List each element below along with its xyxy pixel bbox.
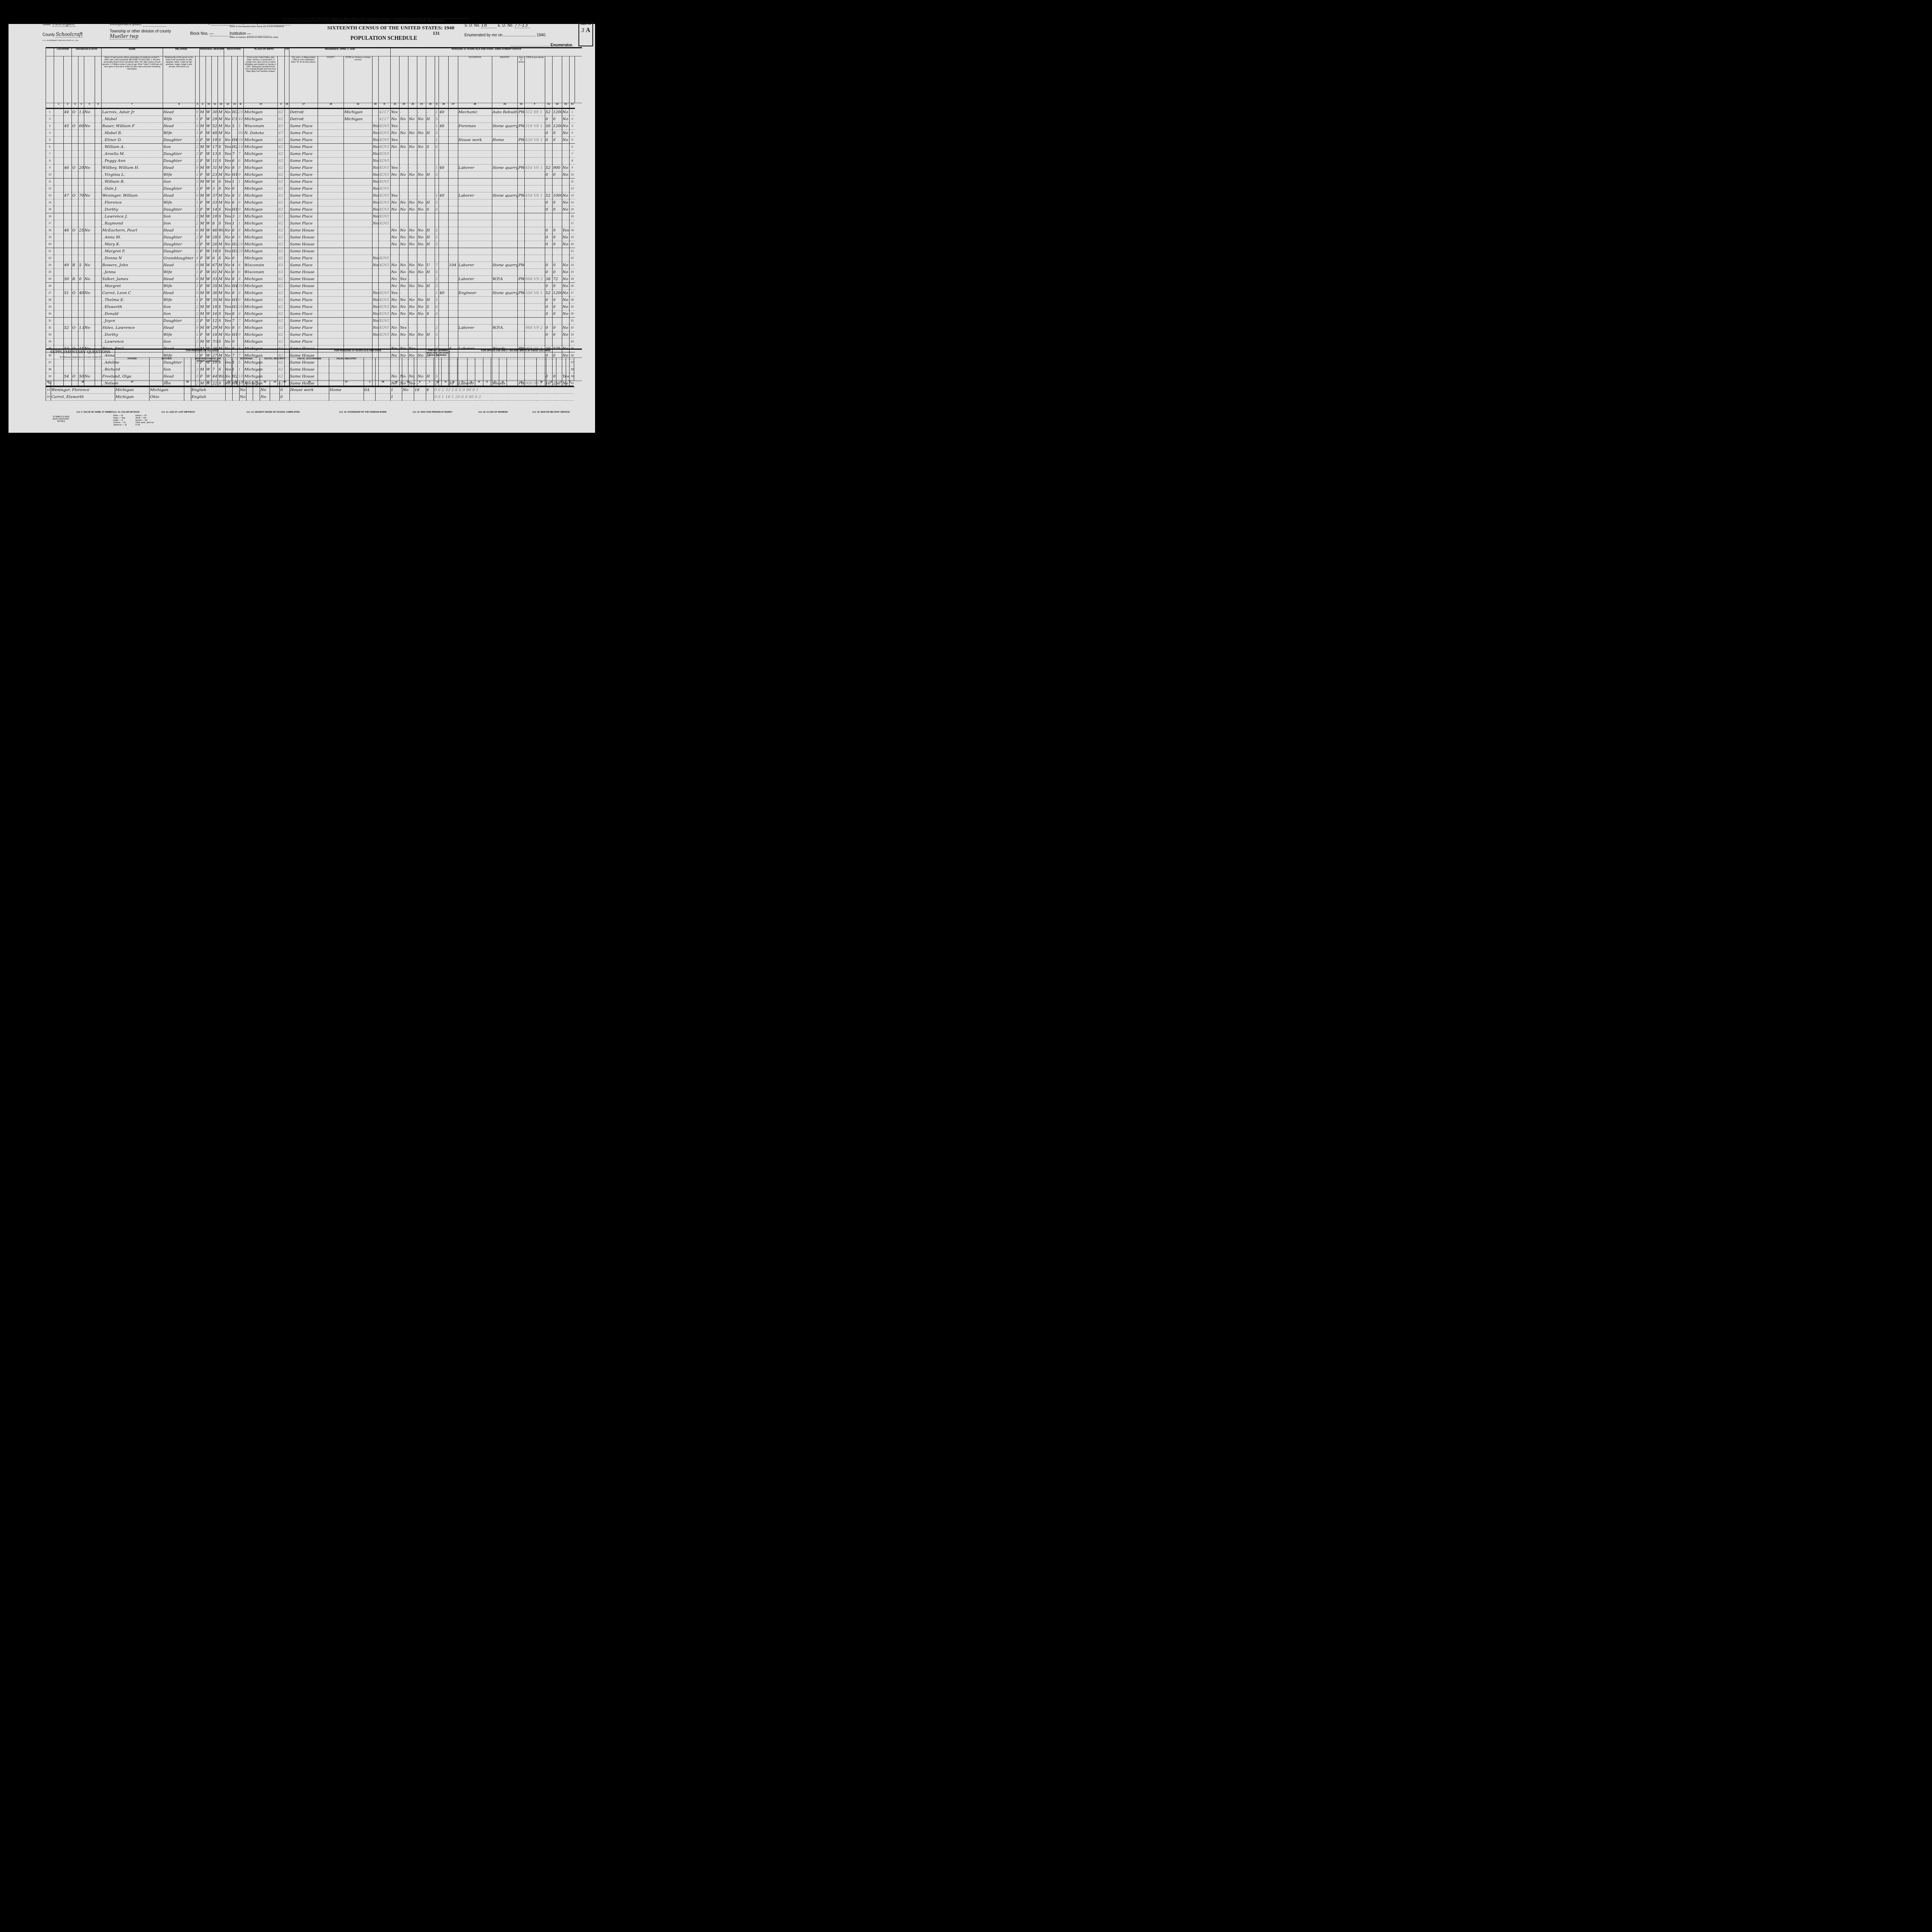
cell-grade: H3 [231,304,238,311]
cell-dwelling [63,213,71,220]
cell-value [78,338,84,345]
cell-res-city: Same House [289,269,318,276]
line-number: 21 [46,248,54,255]
cell-duration [448,116,458,123]
cell-value [78,137,84,144]
line-number: 27 [570,290,575,297]
stamp-number: 131 [433,31,440,36]
cell-school: No [224,172,231,179]
cell-duration [448,304,458,311]
cell-sex: F [199,151,206,158]
cell-value [78,144,84,151]
cell-industry [492,172,518,179]
cell-c25 [426,151,435,158]
cell-res-state [344,158,372,165]
cell-code-a: 2 [196,206,200,213]
cell-sex: M [199,276,206,283]
cell-code-d [378,269,391,276]
line-number: 3 [570,123,575,130]
cell-wages [553,151,562,158]
cell-res-city: Same Place [289,206,318,213]
cell-code-c: 62 [278,325,285,332]
group-education: EDUCATION [224,48,244,56]
cell-class: PW [518,262,525,269]
column-number: D [378,103,391,109]
cell-code-a: 2 [196,144,200,151]
cell-code-e: 1 [435,123,439,130]
cell-res-state [344,165,372,172]
cell-weeks: 0 [545,283,552,290]
cell-value: 400 [78,290,84,297]
state-value: Michigan [53,21,76,27]
cell-farm [84,255,95,262]
column-number: 16 [284,103,289,109]
cell-other: No [562,297,569,304]
cell-class [518,338,525,345]
cell-birthplace: Michigan [244,158,278,165]
cell-class [518,227,525,234]
table-row: 6, William A.Son2MW17SYesH210Michigan62S… [46,144,582,151]
cell-wages: 72 [553,276,562,283]
table-row: 28, Thelma E.Wife1FW35MNoH19Michigan62Sa… [46,297,582,304]
cell-sex: M [199,179,206,185]
cell-other: No [562,123,569,130]
supplementary-row: 14Weninger, FlorenceMichiganMichiganEngl… [46,386,582,394]
line-number: 14 [46,199,54,206]
cell-birthplace: N. Dakota [244,130,278,137]
cell-occupation: Foreman [458,123,492,130]
cell-relation: Wife [163,297,195,304]
cell-occupation [458,179,492,185]
cell-code-b: 8 [238,192,244,199]
cell-relation: Son [163,304,195,311]
cell-code-c: 62 [278,109,285,116]
cell-code-c: 62 [278,220,285,227]
cell-occupation [458,297,492,304]
cell-hours [439,269,449,276]
line-number: 32 [570,325,575,332]
cell-value: 700 [78,192,84,199]
explanatory-notes: SYMBOLS AND EXPLANATORY NOTES Col. 5. VA… [46,410,582,432]
cell-wages: 0 [553,304,562,311]
column-number: E [435,103,439,109]
supp-column-number: 36 [51,381,115,386]
cell-hours [439,234,449,241]
cell-name: , William R. [102,179,163,185]
cell-dwelling: 52 [63,325,71,332]
cell-code-b: 8 [238,276,244,283]
cell-res-state [344,185,372,192]
cell-farm35 [372,234,378,241]
cell-sex: M [199,311,206,318]
cell-c23: No [408,130,417,137]
cell-farm [84,116,95,123]
cell-age: 13 [212,151,218,158]
cell-other [562,318,569,325]
cell-race: W [206,123,212,130]
cell-duration [448,276,458,283]
cell-duration [448,151,458,158]
cell-dwelling: 51 [63,290,71,297]
cell-age: 46 [212,227,218,234]
cell-class [518,304,525,311]
cell-c23: No [408,199,417,206]
cell-res-state [344,332,372,338]
table-row: 11, William R.Son2MW6SYes11Michigan62Sam… [46,179,582,185]
cell-tenure [71,311,78,318]
line-number: 26 [570,283,575,290]
supp-usual-occ-header: USUAL OCCUPATION [289,358,329,381]
cell-school: No [224,185,231,192]
cell-birthplace: Michigan [244,332,278,338]
cell-sex: F [199,332,206,338]
cell-hours: 48 [439,123,449,130]
cell-c25: S [426,311,435,318]
line-number: 6 [570,144,575,151]
cell-code-b: 9 [238,206,244,213]
supplementary-title: SUPPLEMENTARY QUESTIONS [50,350,111,354]
cell-code-b: 4 [238,262,244,269]
cell-value [78,151,84,158]
cell-wages [553,338,562,345]
cell-sex: M [199,165,206,172]
cell-code-f: 988 V9 2 [524,276,545,283]
cell-grade: 8 [231,276,238,283]
table-row: 946O200NoWillbey, William H.Head0MW31MNo… [46,165,582,172]
line-number: 1 [570,109,575,116]
cell-school: Yes [224,144,231,151]
cell-code-e: 6 [435,206,439,213]
cell-res-city: Same Place [289,318,318,325]
cell-code-e [435,248,439,255]
cell-race: W [206,144,212,151]
cell-marital: M [218,109,224,116]
cell-hours [439,283,449,290]
cell-marital: M [218,290,224,297]
cell-tenure: O [71,290,78,297]
line-number: 34 [570,338,575,345]
cell-weeks: 0 [545,199,552,206]
cell-relation: Daughter [163,151,195,158]
column-number: 25 [426,103,435,109]
cell-code-b: 20 [238,304,244,311]
cell-res-county [318,255,344,262]
cell-weeks: 52 [545,109,552,116]
cell-code-b: 30 [238,137,244,144]
cell-class [518,297,525,304]
cell-marital: M [218,130,224,137]
supp-cell-office: 0 0 1 18 1 20 6 0 00 0 2 [434,394,574,401]
cell-code-a: 2 [196,179,200,185]
cell-other [562,151,569,158]
cell-farm [84,332,95,338]
cell-c25: S [426,304,435,311]
cell-farm [84,338,95,345]
cell-code-d: XOVI [378,179,391,185]
cell-c25: H [426,269,435,276]
cell-tenure [71,248,78,255]
cell-c21: No [391,311,400,318]
cell-res-city: Same Place [289,123,318,130]
cell-res-state [344,269,372,276]
supp-cell-line: 29 [46,394,51,401]
cell-farm35: No [372,144,378,151]
cell-code-e: 5 [435,130,439,137]
cell-occupation: Laborer [458,165,492,172]
cell-dwelling [63,283,71,290]
cell-birthplace: Michigan [244,227,278,234]
cell-name: Bauer, William F [102,123,163,130]
column-number: 24 [417,103,426,109]
cell-tenure: O [71,227,78,234]
cell-code-d: XOVI [378,297,391,304]
line-number: 29 [570,304,575,311]
cell-school: Yes [224,318,231,325]
cell-c21: No [391,130,400,137]
cell-c24 [417,213,426,220]
cell-c21: Yes [391,137,400,144]
cell-name: , Elsworth [102,304,163,311]
cell-res-state [344,220,372,227]
ed-value: 77-13 [515,22,530,28]
cell-hours: 40 [439,109,449,116]
cell-duration [448,283,458,290]
cell-dwelling [63,304,71,311]
cell-race: W [206,109,212,116]
cell-weeks: 0 [545,137,552,144]
cell-c21: Yes [391,165,400,172]
column-number: C [278,103,285,109]
cell-occupation: Laborer [458,192,492,199]
cell-c22: No [400,297,408,304]
cell-farm [84,248,95,255]
cell-c21: No [391,269,400,276]
cell-class [518,248,525,255]
cell-code-c: 62 [278,304,285,311]
cell-res-county [318,144,344,151]
supp-column-number: K [414,381,426,386]
cell-school: Yes [224,179,231,185]
cell-res-city: Detroit [289,116,318,123]
cell-c25 [426,248,435,255]
cell-weeks: 0 [545,234,552,241]
cell-c25: - [426,276,435,283]
cell-code-d: XOVI [378,290,391,297]
cell-res-state [344,206,372,213]
cell-tenure [71,304,78,311]
cell-occupation: Mechanic [458,109,492,116]
cell-c22 [400,185,408,192]
cell-farm35: No [372,165,378,172]
supp-column-number: Y [556,381,566,386]
cell-birthplace: Wisconsin [244,123,278,130]
cell-hours: 40 [439,192,449,199]
line-number: 31 [570,318,575,325]
cell-age: 19 [212,137,218,144]
line-number: 7 [570,151,575,158]
cell-class [518,325,525,332]
cell-dwelling [63,338,71,345]
cell-other: No [562,172,569,179]
cell-farm35: No [372,137,378,144]
cell-sex: M [199,144,206,151]
cell-c21 [391,318,400,325]
cell-relation: Daughter [163,185,195,192]
cell-industry [492,227,518,234]
cell-race: W [206,199,212,206]
cell-birthplace: Michigan [244,199,278,206]
cell-occupation: Laborer [458,276,492,283]
cell-grade: 6 [231,269,238,276]
cell-industry [492,179,518,185]
cell-code-f: 988 V9 2 [524,325,545,332]
cell-code-f: 356 V6 1 [524,290,545,297]
line-number: 19 [570,234,575,241]
cell-hours [439,185,449,192]
cell-c23: No [408,311,417,318]
cell-name: , Mabel [102,116,163,123]
line-number: 7 [46,151,54,158]
cell-grade: C1 [231,116,238,123]
cell-c22: No [400,332,408,338]
cell-res-city: Same Place [289,172,318,179]
line-number: 24 [570,269,575,276]
cell-value [78,199,84,206]
cell-occupation [458,338,492,345]
cell-name: McEachern, Pearl [102,227,163,234]
cell-code-e: 5 [435,234,439,241]
cell-relation: Wife [163,116,195,123]
group-household: HOUSEHOLD DATA [71,48,101,56]
cell-c21: No [391,199,400,206]
cell-c22: - [400,290,408,297]
cell-other: Yes [562,227,569,234]
cell-farm [84,206,95,213]
cell-duration [448,234,458,241]
cell-c23: - [408,290,417,297]
cell-dwelling [63,220,71,227]
cell-grade: 5 [231,123,238,130]
cell-c21: No [391,206,400,213]
cell-relation: Son [163,220,195,227]
cell-race: W [206,116,212,123]
cell-c21 [391,248,400,255]
table-row: 7, Arvella M.Daughter2FW13SYes77Michigan… [46,151,582,158]
cell-race: W [206,234,212,241]
line-number: 22 [570,255,575,262]
cell-school: No [224,262,231,269]
cell-hours [439,304,449,311]
cell-c21: Yes [391,290,400,297]
cell-c24: - [417,123,426,130]
cell-res-county [318,234,344,241]
line-number: 28 [46,297,54,304]
cell-sex: M [199,213,206,220]
cell-code-e: 5 [435,269,439,276]
cell-tenure [71,137,78,144]
cell-race: W [206,130,212,137]
column-number: 23 [408,103,417,109]
supp-cell-ss-number: No [260,394,270,401]
cell-code-f [524,248,545,255]
cell-age: 3 [212,185,218,192]
cell-grade: H3 [231,109,238,116]
cell-code-f [524,144,545,151]
supp-cell-mother: Michigan [150,386,184,394]
supp-cell-name: Carrol, Elsworth [51,394,115,401]
cell-code-b: 30 [238,283,244,290]
line-number: 31 [46,318,54,325]
cell-code-f [524,338,545,345]
cell-age: 23 [212,172,218,179]
cell-farm [84,137,95,144]
cell-school: Yes [224,151,231,158]
cell-res-county [318,276,344,283]
cell-c24: No [417,241,426,248]
cell-sex: F [199,130,206,137]
cell-occupation [458,116,492,123]
cell-grade: 7 [231,151,238,158]
cell-c21: No [391,172,400,179]
cell-marital: S [218,179,224,185]
supp-cell-usual-occupation [289,394,329,401]
cell-age: 11 [212,158,218,165]
cell-occupation: House work [458,137,492,144]
cell-birthplace: Michigan [244,172,278,179]
cell-tenure [71,297,78,304]
cell-code-b: 20 [238,109,244,116]
cell-code-b: 8 [238,311,244,318]
cell-res-state [344,276,372,283]
cell-res-state [344,151,372,158]
column-number: 32 [553,103,562,109]
line-number: 12 [46,185,54,192]
cell-sex: M [199,338,206,345]
cell-res-city: Same House [289,283,318,290]
cell-grade: 1 [231,220,238,227]
cell-code-a: 1 [196,332,200,338]
sheet-number: 3 [581,28,584,33]
cell-value [78,241,84,248]
cell-wages: 0 [553,137,562,144]
cell-c24: No [417,311,426,318]
cell-marital: S [218,151,224,158]
table-row: 345O600NoBauer, William FHead0MW52MNo55W… [46,123,582,130]
cell-value [78,234,84,241]
cell-code-e: 5 [435,116,439,123]
cell-relation: Daughter [163,248,195,255]
cell-class [518,283,525,290]
cell-c23: No [408,206,417,213]
cell-age: 14 [212,206,218,213]
line-number: 21 [570,248,575,255]
cell-c24: No [417,130,426,137]
cell-dwelling: 49 [63,262,71,269]
cell-class: PW [518,123,525,130]
cell-res-state: Michigan [344,116,372,123]
sheet-number-box: Sheet No. 3 A [578,22,593,46]
cell-race: W [206,220,212,227]
cell-industry: Stone quarry [492,123,518,130]
cell-c22: Yes [400,276,408,283]
cell-grade: 7 [231,318,238,325]
cell-name: , Jenna [102,269,163,276]
cell-birthplace: Michigan [244,318,278,325]
cell-farm: No [84,165,95,172]
cell-industry: Auto Rebuilt [492,109,518,116]
census-sheet: Your report is required by Act of Congre… [9,24,595,433]
cell-farm [84,269,95,276]
